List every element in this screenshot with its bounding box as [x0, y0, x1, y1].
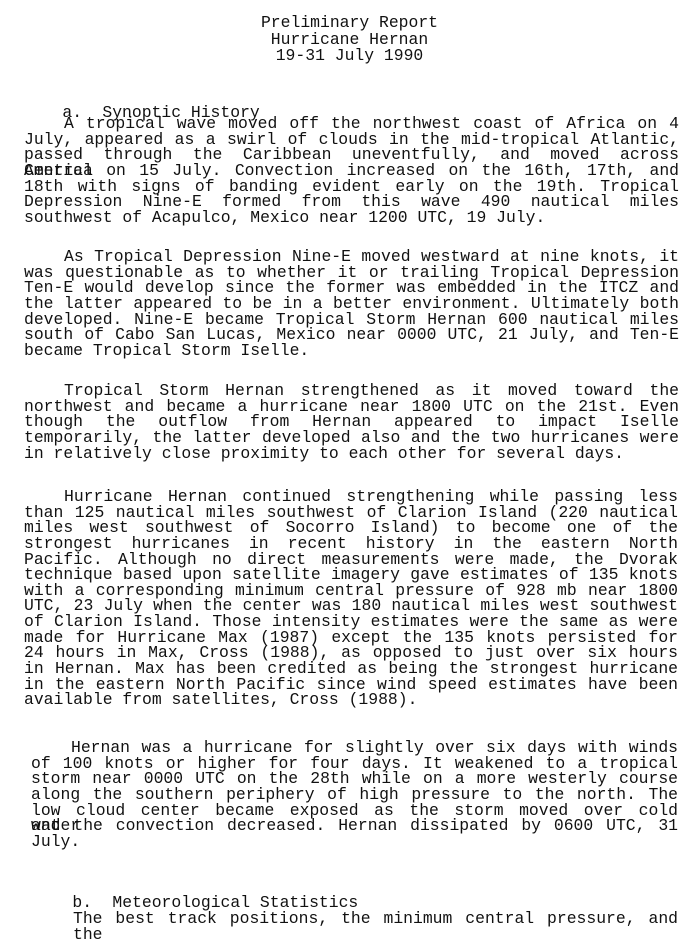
paragraph: Tropical Storm Hernan strengthened as it…: [24, 383, 679, 461]
paragraph: The best track positions, the minimum ce…: [33, 911, 678, 927]
paragraph: As Tropical Depression Nine-E moved west…: [24, 249, 679, 358]
text-line: southwest of Acapulco, Mexico near 1200 …: [24, 210, 679, 226]
report-title-block: Preliminary Report Hurricane Hernan 19-3…: [0, 15, 699, 65]
text-line: available from satellites, Cross (1988).: [24, 692, 678, 708]
report-date-range: 19-31 July 1990: [0, 48, 699, 65]
text-line: in relatively close proximity to each ot…: [24, 446, 679, 462]
paragraph: Hurricane Hernan continued strengthening…: [24, 489, 678, 708]
text-line: The best track positions, the minimum ce…: [33, 911, 678, 927]
text-line: July.: [31, 834, 678, 850]
paragraph: Hernan was a hurricane for slightly over…: [31, 740, 678, 849]
document-page: Preliminary Report Hurricane Hernan 19-3…: [0, 0, 699, 947]
text-line: and the convection decreased. Hernan dis…: [31, 818, 678, 834]
text-line: became Tropical Storm Iselle.: [24, 343, 679, 359]
paragraph: A tropical wave moved off the northwest …: [24, 116, 679, 225]
